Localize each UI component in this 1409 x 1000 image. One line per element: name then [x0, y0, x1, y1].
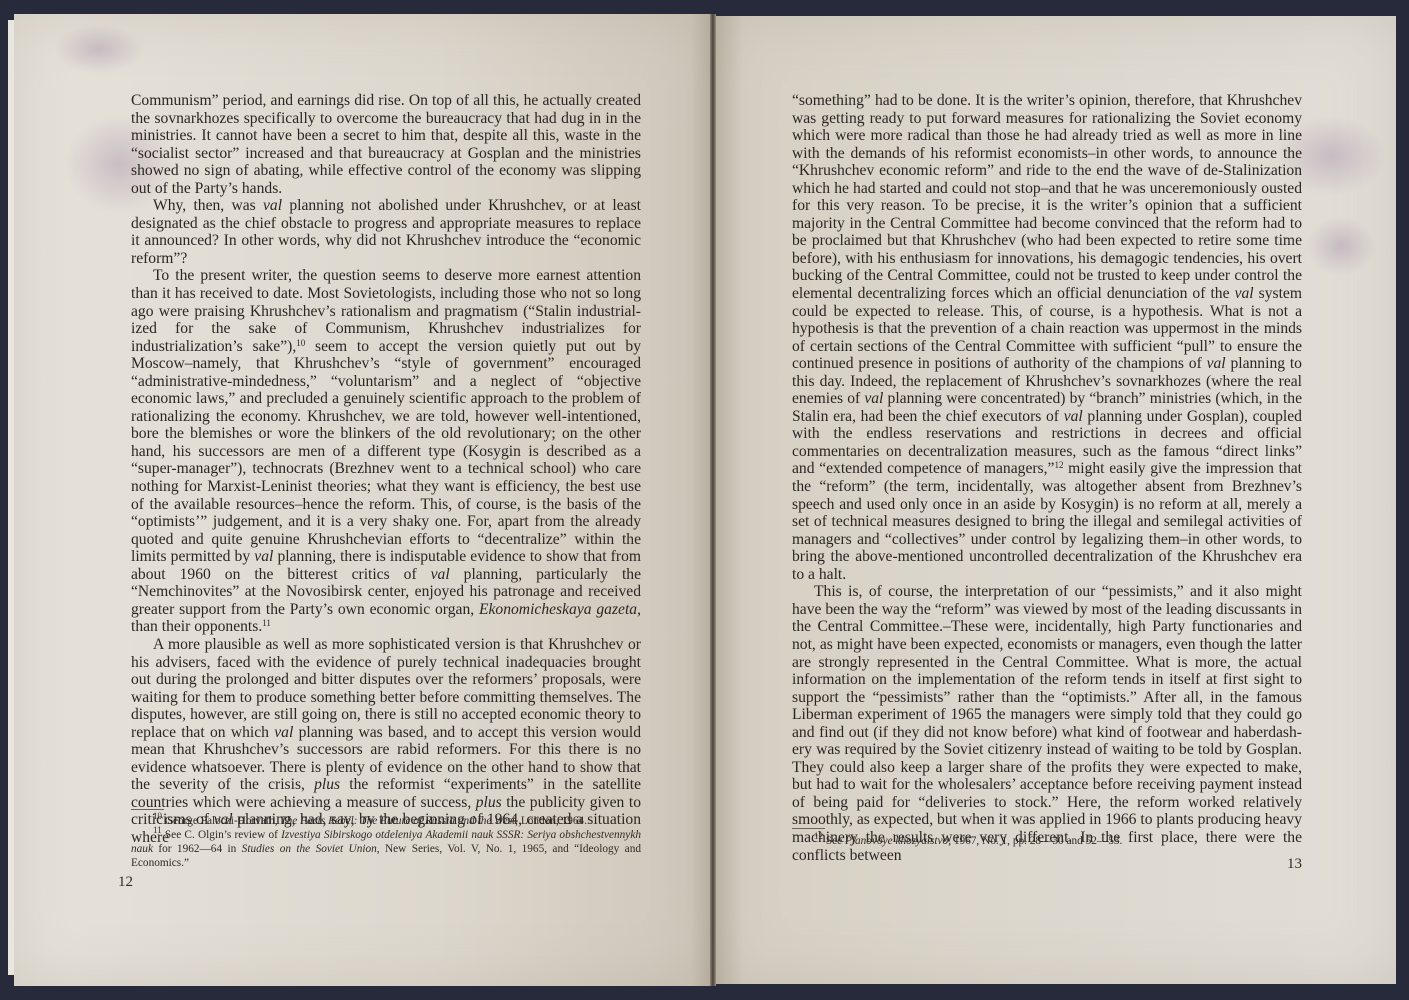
- italic-text: plus: [476, 794, 502, 811]
- italic-text: val: [274, 724, 293, 741]
- paragraph: Why, then, was val planning not abolishe…: [131, 197, 641, 267]
- italic-text: plus: [314, 776, 340, 793]
- paragraph: “something” had to be done. It is the wr…: [792, 92, 1302, 583]
- italic-text: val: [431, 566, 450, 583]
- paragraph: Communism” period, and earnings did rise…: [131, 92, 641, 197]
- left-page: Communism” period, and earnings did rise…: [14, 14, 712, 986]
- paragraph: To the present writer, the question seem…: [131, 267, 641, 635]
- footnote-ref: 10: [296, 338, 305, 348]
- right-body-text: “something” had to be done. It is the wr…: [792, 92, 1302, 864]
- text-run: This is, of course, the interpretation o…: [792, 583, 1302, 863]
- italic-text: val: [864, 390, 883, 407]
- text-run: See C. Olgin’s review of: [162, 829, 281, 841]
- footnote: 11 See C. Olgin’s review of Izvestiya Si…: [131, 828, 641, 870]
- text-run: might easily give the impression that th…: [792, 460, 1302, 582]
- text-run: Why, then, was: [153, 197, 263, 214]
- page-number: 13: [1287, 856, 1302, 873]
- italic-text: Planovoye khozyaistvo: [845, 835, 948, 847]
- footnote-ref: 11: [153, 825, 162, 835]
- footnote: 10 George Paloczi-Horvath, The Facts Reb…: [131, 814, 641, 828]
- footnote-rule: [131, 809, 164, 810]
- italic-text: The Facts Rebel: The Future of Russia an…: [280, 815, 515, 827]
- footnote-ref: 10: [153, 811, 162, 821]
- paragraph: This is, of course, the interpretation o…: [792, 583, 1302, 864]
- italic-text: val: [263, 197, 282, 214]
- text-run: See: [823, 835, 845, 847]
- italic-text: Studies on the Soviet Union: [242, 843, 377, 855]
- text-run: for 1962—64 in: [153, 843, 242, 855]
- footnote-rule: [792, 828, 825, 829]
- left-body-text: Communism” period, and earnings did rise…: [131, 92, 641, 847]
- footnote-ref: 12: [814, 831, 823, 841]
- italic-text: val: [1064, 408, 1083, 425]
- text-run: George Paloczi-Horvath,: [162, 815, 280, 827]
- water-stain: [1306, 216, 1376, 276]
- italic-text: val: [254, 548, 273, 565]
- text-run: “something” had to be done. It is the wr…: [792, 92, 1302, 302]
- footnote: 12 See Planovoye khozyaistvo, 1967, No. …: [792, 834, 1302, 848]
- footnote-ref: 11: [262, 618, 271, 628]
- text-run: , London, 1964.: [515, 815, 587, 827]
- italic-text: val: [1235, 285, 1254, 302]
- page-number: 12: [118, 874, 133, 891]
- text-run: seem to accept the version quietly put o…: [131, 338, 641, 566]
- text-run: Communism” period, and earnings did rise…: [131, 92, 641, 197]
- left-footnotes: 10 George Paloczi-Horvath, The Facts Reb…: [131, 814, 641, 870]
- italic-text: val: [1207, 355, 1226, 372]
- italic-text: Ekonomicheskaya gazeta: [479, 601, 637, 618]
- right-page: “something” had to be done. It is the wr…: [716, 16, 1396, 984]
- water-stain: [54, 24, 144, 74]
- text-run: , 1967, No. 1, pp. 28—30 and 52—53.: [948, 835, 1122, 847]
- right-footnotes: 12 See Planovoye khozyaistvo, 1967, No. …: [792, 834, 1302, 848]
